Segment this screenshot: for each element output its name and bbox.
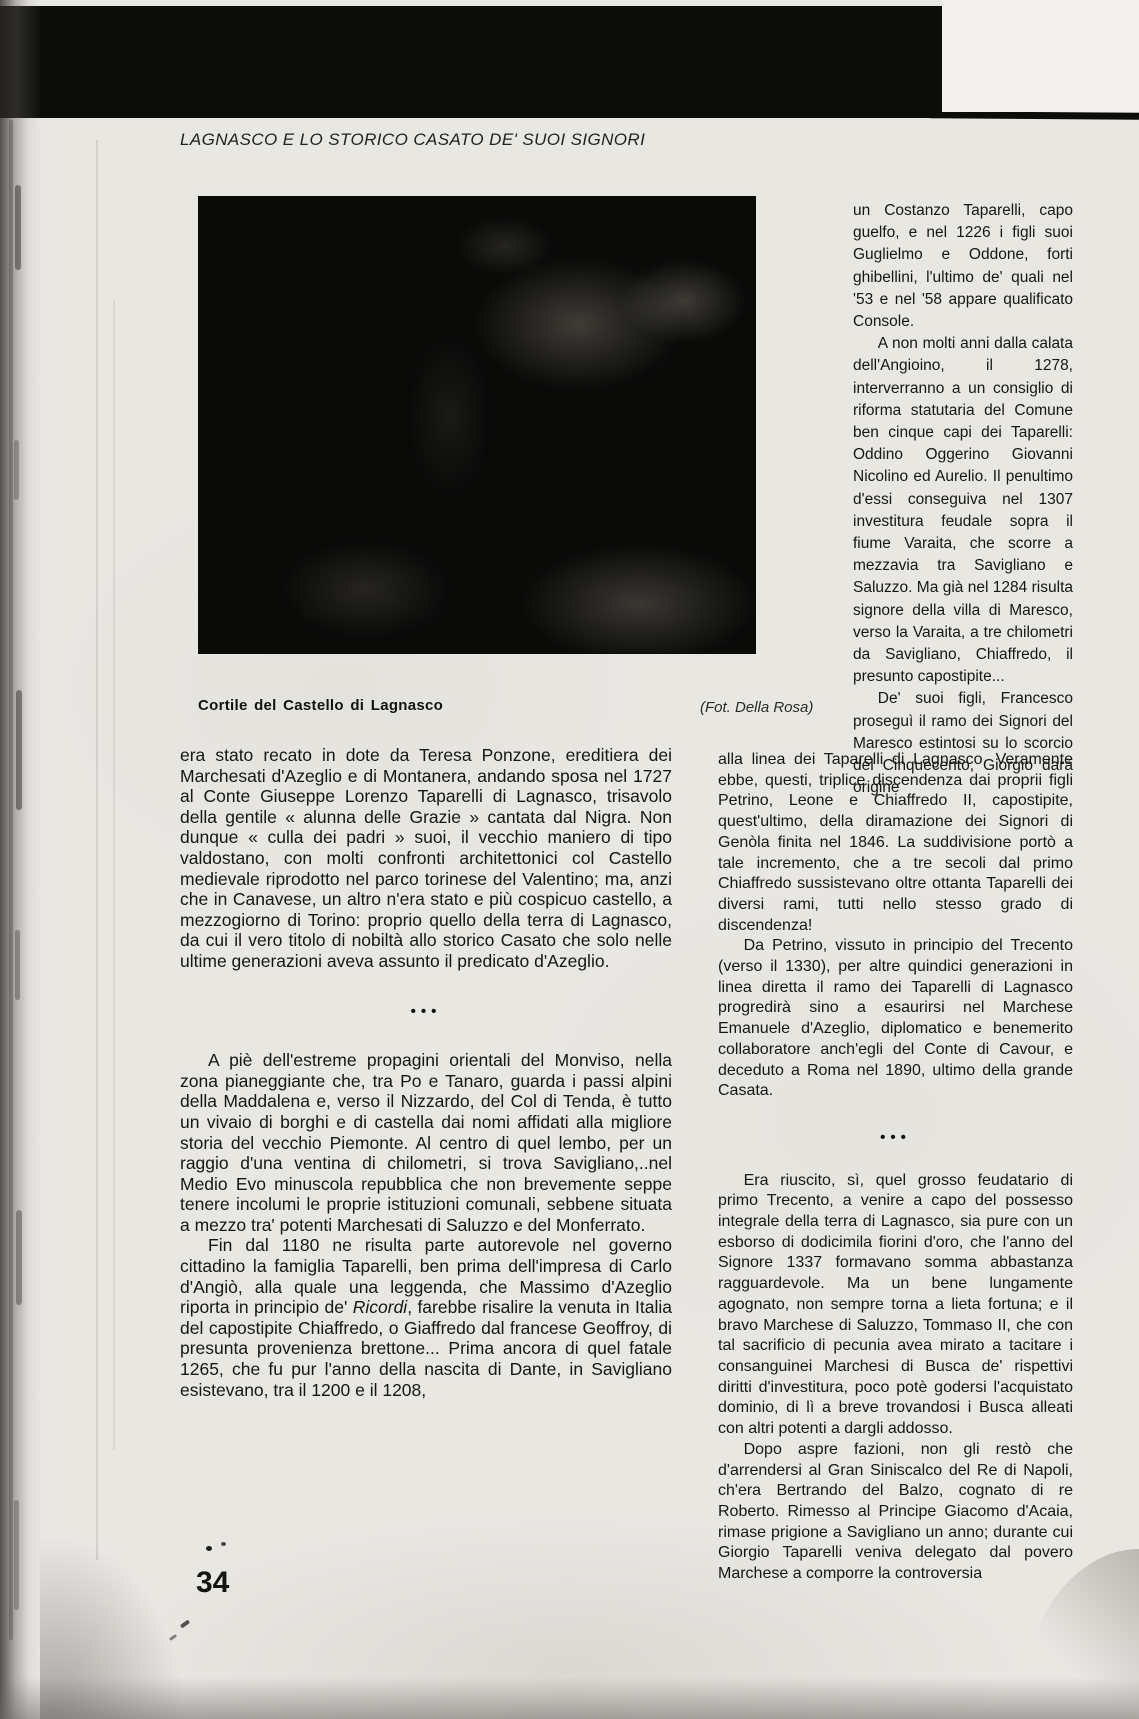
scan-top-right-margin: [942, 0, 1139, 112]
photo-caption: Cortile del Castello di Lagnasco: [198, 697, 443, 714]
paragraph: alla linea dei Taparelli di Lagnasco. Ve…: [718, 750, 1073, 936]
ricordi-italic: Ricordi: [353, 1297, 407, 1317]
page-number: 34: [196, 1566, 229, 1600]
paragraph: era stato recato in dote da Teresa Ponzo…: [180, 745, 672, 972]
scanned-book-page: LAGNASCO E LO STORICO CASATO DE' SUOI SI…: [0, 0, 1139, 1719]
paragraph: Dopo aspre fazioni, non gli restò che d'…: [718, 1440, 1073, 1585]
bottom-edge-shadow: [0, 1677, 1139, 1719]
ink-speck: [221, 1542, 226, 1546]
gutter-mark: [14, 440, 19, 500]
paragraph: Era riuscito, sì, quel grosso feudatario…: [718, 1171, 1073, 1440]
scan-top-black-line: [930, 111, 1139, 119]
paragraph: A piè dell'estreme propagini orientali d…: [180, 1050, 672, 1235]
right-rail-column: un Costanzo Taparelli, capo guelfo, e ne…: [853, 200, 1073, 799]
running-head-title: LAGNASCO E LO STORICO CASATO DE' SUOI SI…: [180, 130, 800, 150]
ink-speck: [206, 1546, 212, 1551]
gutter-mark: [16, 1210, 22, 1305]
fold-scratch: [113, 300, 115, 1450]
left-text-column: era stato recato in dote da Teresa Ponzo…: [180, 745, 672, 1400]
gutter-streak: [9, 120, 13, 1640]
section-separator: •••: [180, 1002, 672, 1023]
gutter-mark: [15, 185, 21, 270]
paragraph: Da Petrino, vissuto in principio del Tre…: [718, 936, 1073, 1102]
section-separator: •••: [718, 1128, 1073, 1149]
paragraph: un Costanzo Taparelli, capo guelfo, e ne…: [853, 200, 1073, 333]
book-gutter-shadow: [0, 0, 42, 1719]
scan-top-black-band: [0, 6, 942, 118]
castle-courtyard-photo: [198, 196, 756, 654]
paragraph: A non molti anni dalla calata dell'Angio…: [853, 333, 1073, 688]
fold-scratch: [96, 140, 98, 1560]
gutter-mark: [15, 930, 20, 1000]
right-text-column: alla linea dei Taparelli di Lagnasco. Ve…: [718, 750, 1073, 1585]
paragraph-fin-dal: Fin dal 1180 ne risulta parte autorevole…: [180, 1235, 672, 1400]
photo-credit: (Fot. Della Rosa): [700, 699, 813, 716]
gutter-mark: [16, 690, 22, 810]
gutter-mark: [14, 1500, 19, 1610]
